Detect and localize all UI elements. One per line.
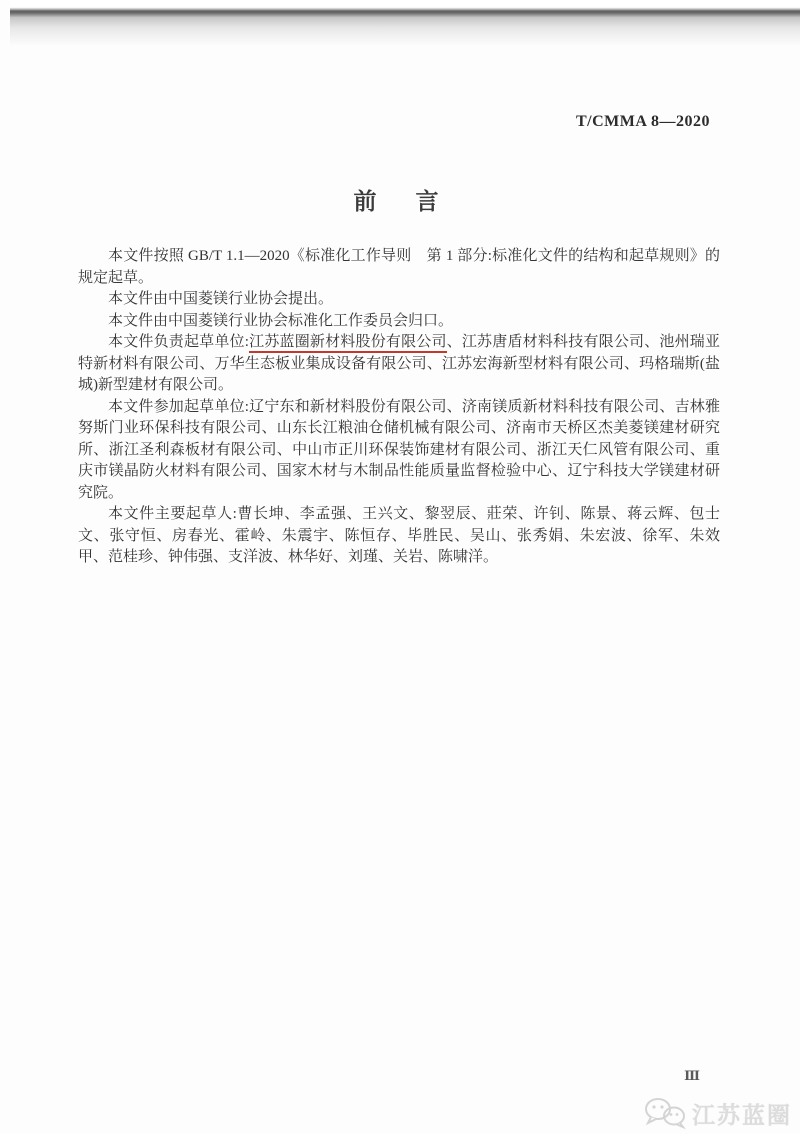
wechat-bubbles-icon [644, 1096, 686, 1130]
paragraph-drafting-basis: 本文件按照 GB/T 1.1—2020《标准化工作导则 第 1 部分:标准化文件… [78, 246, 720, 289]
standard-number: T/CMMA 8—2020 [576, 113, 710, 131]
scan-edge-artifact [0, 0, 800, 46]
foreword-body: 本文件按照 GB/T 1.1—2020《标准化工作导则 第 1 部分:标准化文件… [78, 246, 720, 569]
page-title: 前 言 [0, 183, 800, 216]
paragraph-lead-drafting-units: 本文件负责起草单位:江苏蓝圈新材料股份有限公司、江苏唐盾材料科技有限公司、池州瑞… [78, 332, 720, 397]
scanned-document-page: T/CMMA 8—2020 前 言 本文件按照 GB/T 1.1—2020《标准… [0, 0, 800, 1134]
watermark-text: 江苏蓝圈 [692, 1097, 792, 1130]
highlighted-company-underlined: 江苏蓝圈新材料股份有限公司 [249, 334, 447, 353]
paragraph-proposed-by: 本文件由中国菱镁行业协会提出。 [78, 289, 720, 311]
page-number: Ⅲ [684, 1068, 700, 1084]
paragraph-participating-units: 本文件参加起草单位:辽宁东和新材料股份有限公司、济南镁质新材料科技有限公司、吉林… [78, 397, 720, 505]
paragraph-centralized-by: 本文件由中国菱镁行业协会标准化工作委员会归口。 [78, 311, 720, 333]
watermark: 江苏蓝圈 [644, 1096, 792, 1130]
lead-units-label: 本文件负责起草单位: [108, 334, 249, 350]
paragraph-main-drafters: 本文件主要起草人:曹长坤、李孟强、王兴文、黎翌辰、莊荣、许钊、陈景、蒋云辉、包士… [78, 504, 720, 569]
